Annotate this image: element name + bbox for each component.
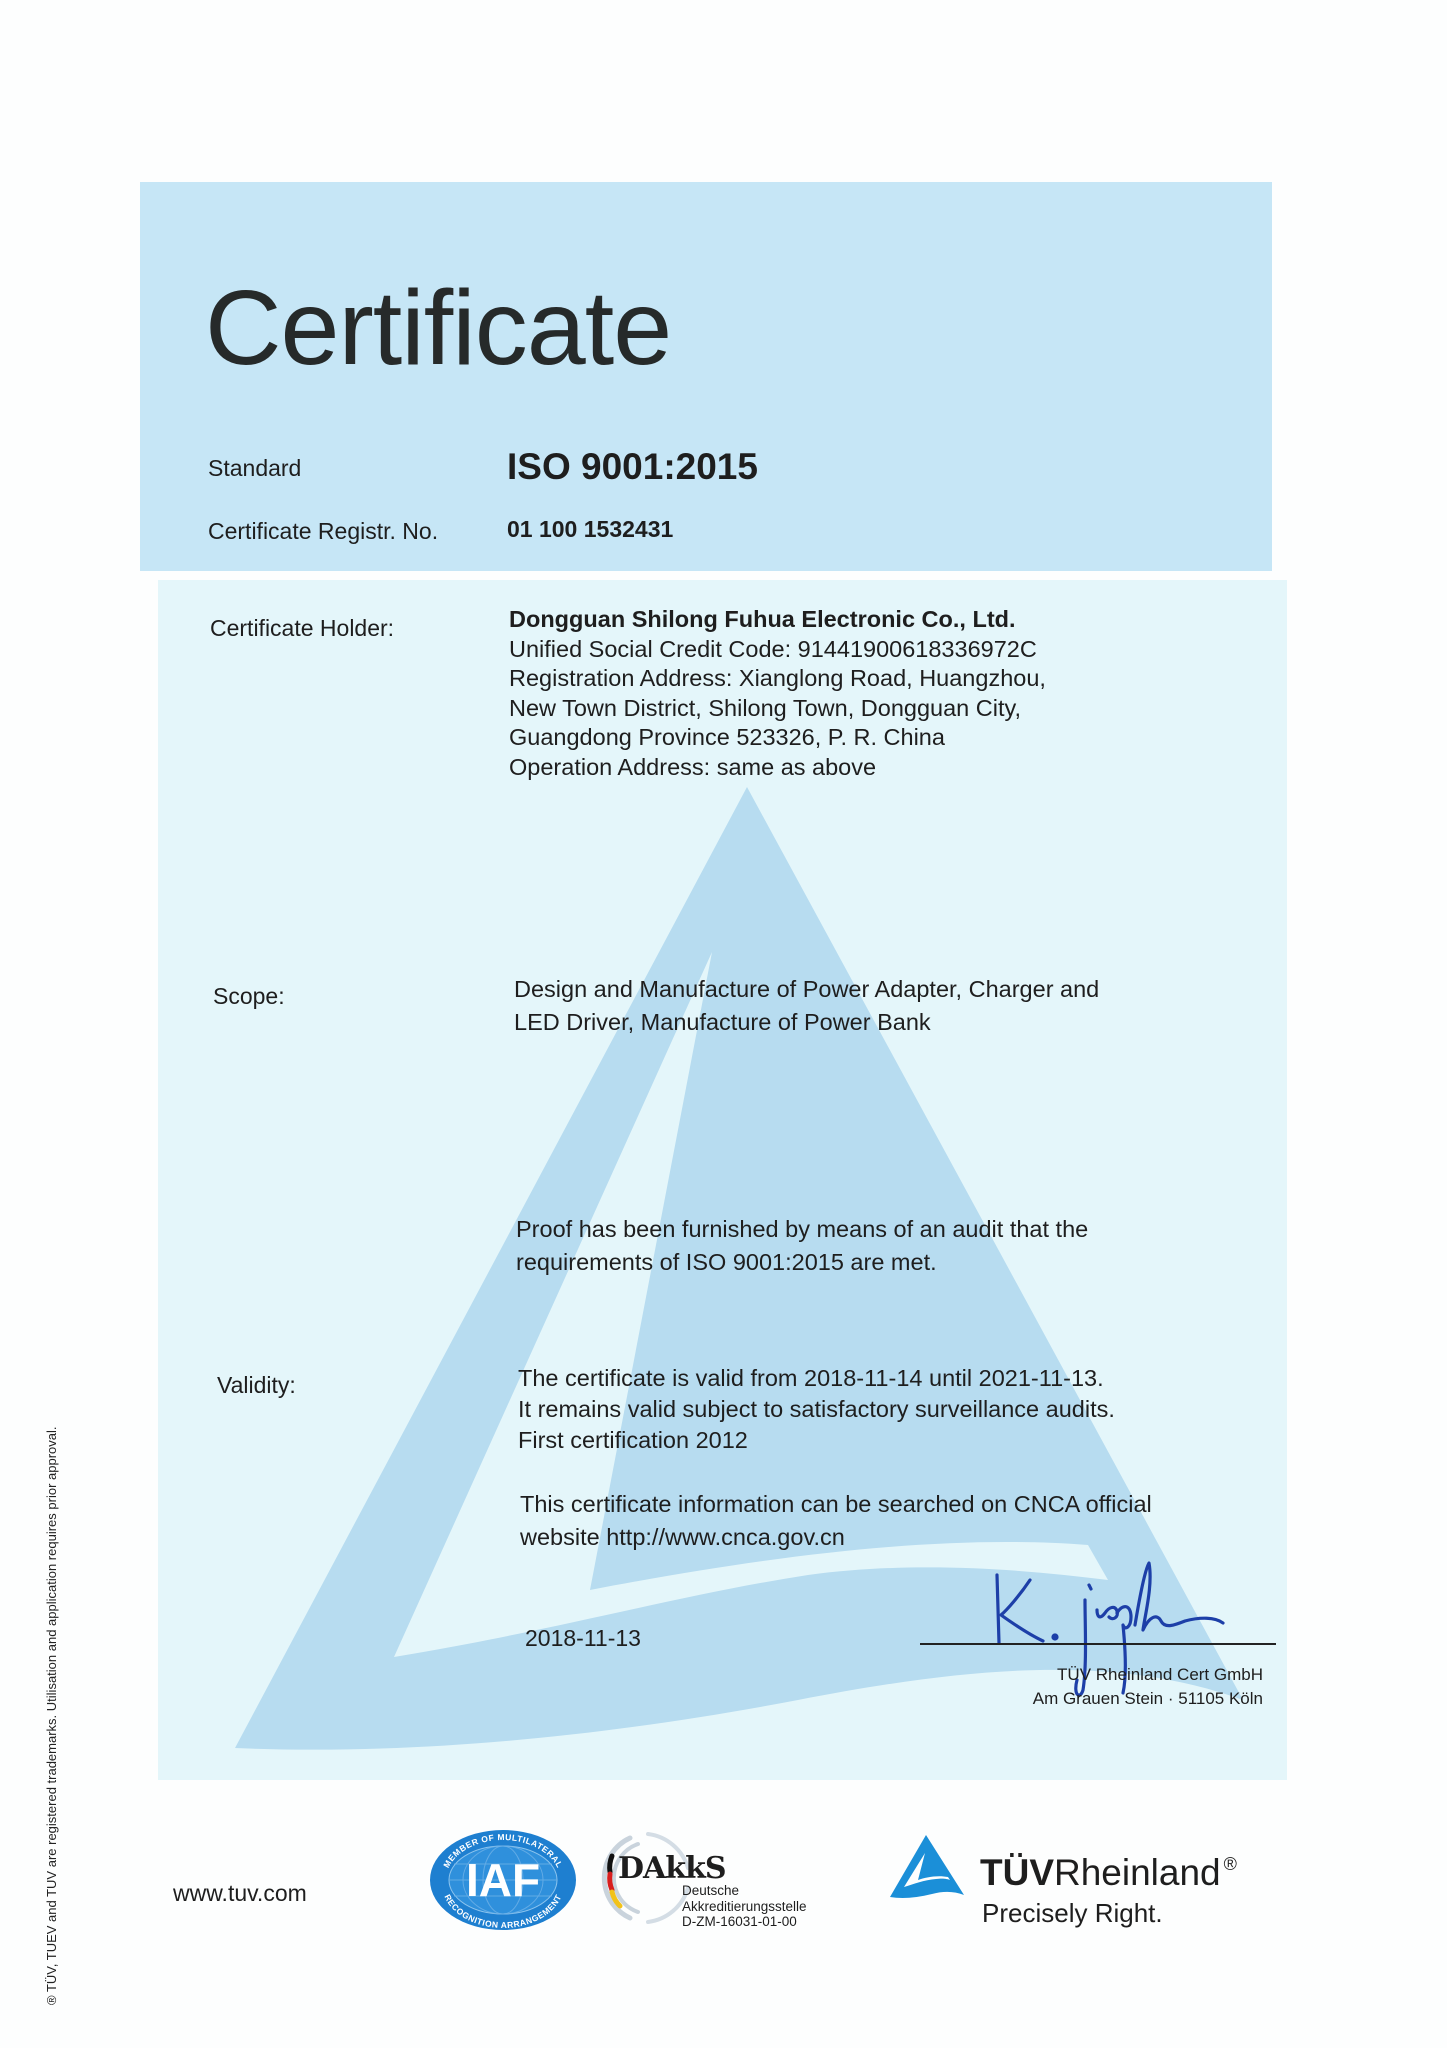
holder-address-line: New Town District, Shilong Town, Donggua… bbox=[509, 694, 1046, 724]
holder-label: Certificate Holder: bbox=[210, 615, 394, 642]
issuer-street: Am Grauen Stein · 51105 Köln bbox=[1033, 1687, 1263, 1711]
audit-proof-text: Proof has been furnished by means of an … bbox=[516, 1213, 1088, 1279]
holder-credit-code: Unified Social Credit Code: 914419006183… bbox=[509, 635, 1046, 665]
proof-line: Proof has been furnished by means of an … bbox=[516, 1213, 1088, 1246]
issuer-name: TÜV Rheinland Cert GmbH bbox=[1033, 1663, 1263, 1687]
certificate-title: Certificate bbox=[205, 268, 671, 389]
holder-address-line: Registration Address: Xianglong Road, Hu… bbox=[509, 664, 1046, 694]
dakks-line: Akkreditierungsstelle bbox=[682, 1899, 807, 1915]
iaf-logo-icon: IAF MEMBER OF MULTILATERAL RECOGNITION A… bbox=[428, 1828, 578, 1932]
tuv-brand-rest: Rheinland bbox=[1054, 1852, 1221, 1893]
holder-company-name: Dongguan Shilong Fuhua Electronic Co., L… bbox=[509, 605, 1046, 635]
svg-text:IAF: IAF bbox=[466, 1854, 540, 1906]
holder-address-line: Guangdong Province 523326, P. R. China bbox=[509, 723, 1046, 753]
holder-operation-address: Operation Address: same as above bbox=[509, 753, 1046, 783]
validity-line: First certification 2012 bbox=[518, 1425, 1115, 1456]
dakks-accreditation-number: D-ZM-16031-01-00 bbox=[682, 1914, 807, 1930]
dakks-line: Deutsche bbox=[682, 1883, 807, 1899]
tuv-brand-bold: TÜV bbox=[980, 1852, 1054, 1893]
issue-date: 2018-11-13 bbox=[525, 1625, 641, 1652]
validity-text: The certificate is valid from 2018-11-14… bbox=[518, 1363, 1115, 1456]
scope-label: Scope: bbox=[213, 983, 285, 1010]
scope-line: Design and Manufacture of Power Adapter,… bbox=[514, 973, 1099, 1006]
trademark-notice: ® TÜV, TUEV and TUV are registered trade… bbox=[44, 1427, 59, 2006]
registration-label: Certificate Registr. No. bbox=[208, 518, 438, 545]
website-link[interactable]: www.tuv.com bbox=[173, 1880, 307, 1907]
cnca-line: This certificate information can be sear… bbox=[520, 1488, 1152, 1521]
scope-line: LED Driver, Manufacture of Power Bank bbox=[514, 1006, 1099, 1039]
standard-label: Standard bbox=[208, 455, 301, 482]
tuv-triangle-logo-icon bbox=[888, 1833, 966, 1901]
signature-line bbox=[920, 1643, 1276, 1645]
registration-number: 01 100 1532431 bbox=[507, 516, 673, 543]
cnca-info-text: This certificate information can be sear… bbox=[520, 1488, 1152, 1554]
registered-mark: ® bbox=[1224, 1854, 1237, 1874]
cnca-website-line: website http://www.cnca.gov.cn bbox=[520, 1521, 1152, 1554]
issuer-address: TÜV Rheinland Cert GmbH Am Grauen Stein … bbox=[1033, 1663, 1263, 1711]
tuv-rheinland-wordmark: TÜVRheinland® bbox=[980, 1852, 1237, 1894]
dakks-subtitle: Deutsche Akkreditierungsstelle D-ZM-1603… bbox=[682, 1883, 807, 1930]
standard-value: ISO 9001:2015 bbox=[507, 446, 758, 488]
validity-label: Validity: bbox=[217, 1372, 296, 1399]
validity-line: The certificate is valid from 2018-11-14… bbox=[518, 1363, 1115, 1394]
validity-line: It remains valid subject to satisfactory… bbox=[518, 1394, 1115, 1425]
proof-line: requirements of ISO 9001:2015 are met. bbox=[516, 1246, 1088, 1279]
holder-details: Dongguan Shilong Fuhua Electronic Co., L… bbox=[509, 605, 1046, 782]
tuv-slogan: Precisely Right. bbox=[982, 1898, 1163, 1929]
scope-text: Design and Manufacture of Power Adapter,… bbox=[514, 973, 1099, 1039]
dakks-title: DAkkS bbox=[618, 1851, 726, 1886]
